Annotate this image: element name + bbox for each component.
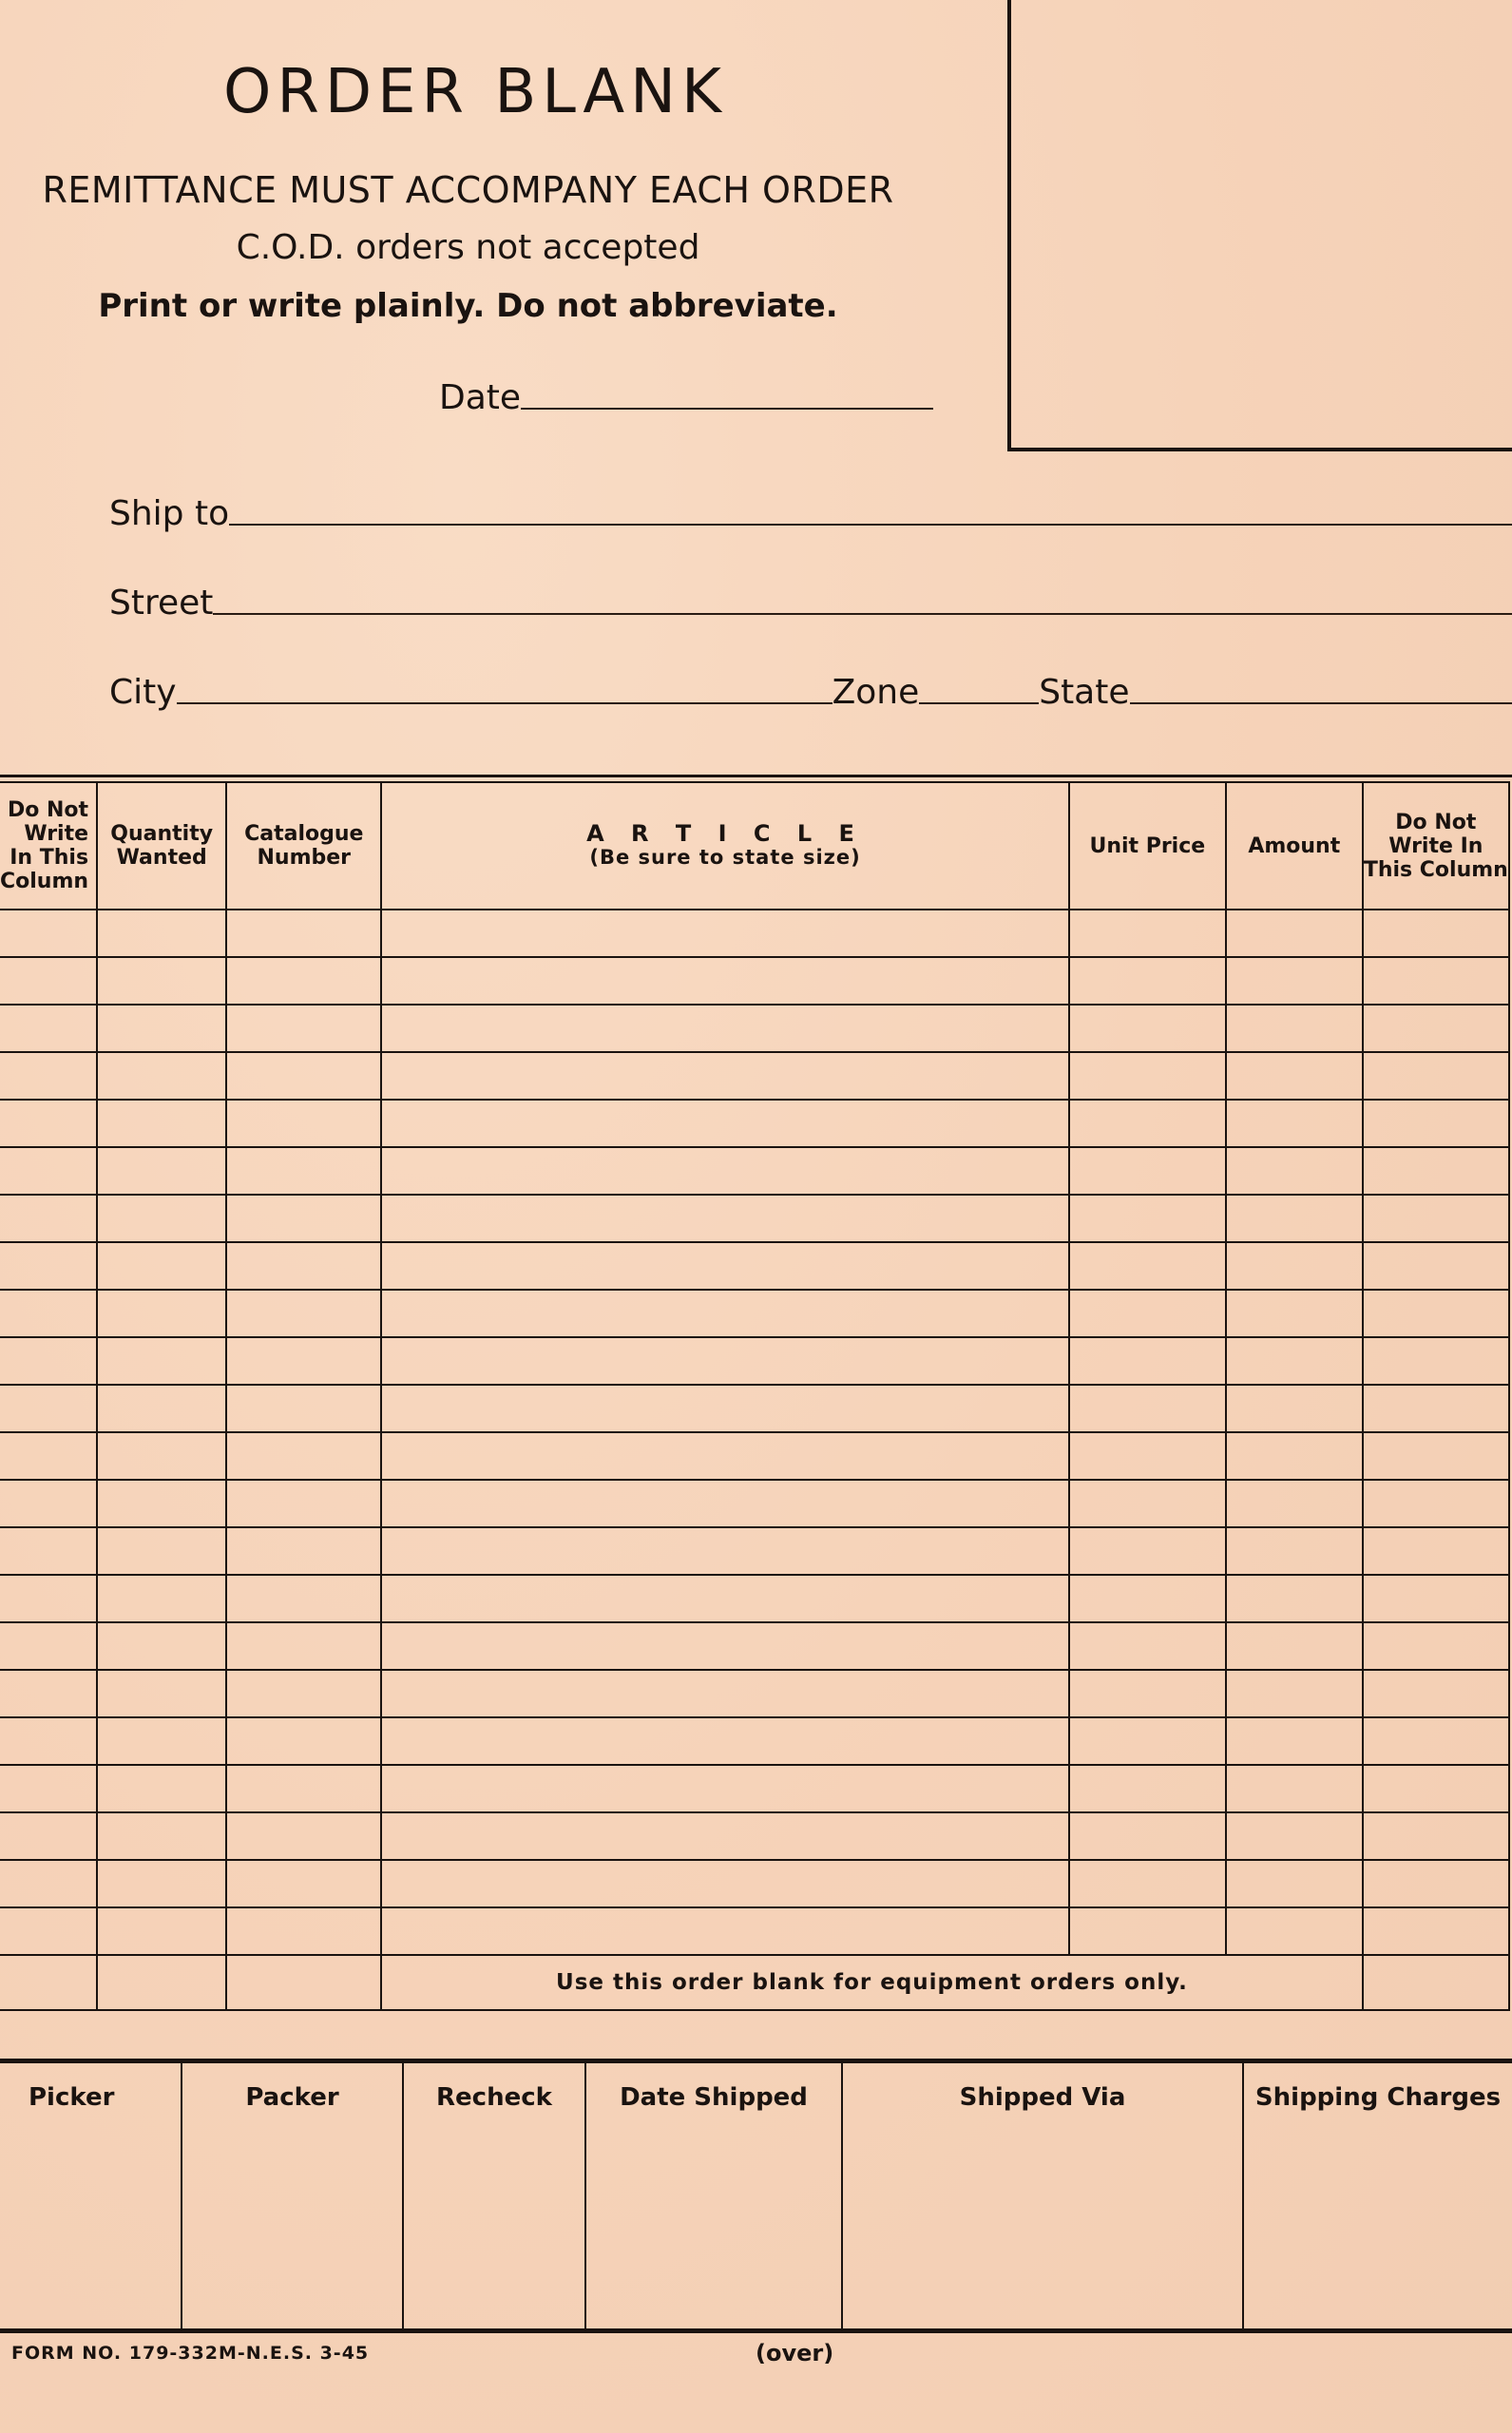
- amount-cell[interactable]: [1226, 1480, 1363, 1527]
- cod-notice: C.O.D. orders not accepted: [0, 228, 936, 267]
- office-use-right-cell: [1363, 1290, 1509, 1337]
- amount-cell[interactable]: [1226, 1005, 1363, 1052]
- office-use-left-cell: [0, 1432, 97, 1480]
- catalogue-number-cell[interactable]: [226, 1100, 381, 1147]
- table-row: [0, 1527, 1509, 1575]
- quantity-cell[interactable]: [97, 1812, 226, 1860]
- amount-cell[interactable]: [1226, 1765, 1363, 1812]
- catalogue-number-cell[interactable]: [226, 1385, 381, 1432]
- col-article: A R T I C L E (Be sure to state size): [381, 782, 1068, 910]
- page-title: ORDER BLANK: [0, 57, 950, 127]
- state-label: State: [1039, 673, 1129, 712]
- form-number: FORM NO. 179-332M-N.E.S. 3-45: [11, 2343, 369, 2364]
- office-use-left-cell: [0, 1860, 97, 1907]
- quantity-cell[interactable]: [97, 1860, 226, 1907]
- office-use-left-cell: [0, 1195, 97, 1242]
- office-use-right-cell: [1363, 1527, 1509, 1575]
- office-use-left-cell: [0, 1480, 97, 1527]
- office-use-left-cell: [0, 1527, 97, 1575]
- shipping-bottom-rule: [0, 2328, 1512, 2333]
- unit-price-cell[interactable]: [1069, 1290, 1226, 1337]
- remittance-notice: REMITTANCE MUST ACCOMPANY EACH ORDER: [0, 169, 936, 211]
- amount-cell[interactable]: [1226, 1385, 1363, 1432]
- amount-cell[interactable]: [1226, 1337, 1363, 1385]
- unit-price-cell[interactable]: [1069, 1432, 1226, 1480]
- unit-price-cell[interactable]: [1069, 1527, 1226, 1575]
- unit-price-cell[interactable]: [1069, 1480, 1226, 1527]
- office-use-left-cell: [0, 1005, 97, 1052]
- quantity-cell[interactable]: [97, 1717, 226, 1765]
- amount-cell[interactable]: [1226, 1432, 1363, 1480]
- over-note: (over): [756, 2340, 833, 2366]
- office-use-right-cell: [1363, 1432, 1509, 1480]
- unit-price-cell[interactable]: [1069, 1812, 1226, 1860]
- shipping-charges-label: Shipping Charges: [1255, 2083, 1501, 2112]
- date-field[interactable]: Date: [439, 378, 933, 417]
- quantity-cell[interactable]: [97, 1195, 226, 1242]
- col-quantity: Quantity Wanted: [97, 782, 226, 910]
- unit-price-cell[interactable]: [1069, 1717, 1226, 1765]
- table-row: [0, 957, 1509, 1005]
- amount-cell[interactable]: [1226, 1812, 1363, 1860]
- office-use-left-cell: [0, 1907, 97, 1955]
- quantity-cell[interactable]: [97, 1242, 226, 1290]
- article-cell[interactable]: [381, 1432, 1068, 1480]
- order-table-footer: Use this order blank for equipment order…: [0, 1955, 1509, 2010]
- order-table: Do Not Write In This Column Quantity Wan…: [0, 781, 1510, 2011]
- office-use-right-cell: [1363, 1147, 1509, 1195]
- office-use-right-cell: [1363, 1195, 1509, 1242]
- unit-price-cell[interactable]: [1069, 1100, 1226, 1147]
- office-use-right-cell: [1363, 1907, 1509, 1955]
- quantity-cell[interactable]: [97, 1432, 226, 1480]
- office-use-left-cell: [0, 1147, 97, 1195]
- catalogue-number-cell[interactable]: [226, 1860, 381, 1907]
- city-input-line[interactable]: [177, 702, 833, 704]
- office-use-left-cell: [0, 1717, 97, 1765]
- quantity-cell[interactable]: [97, 1385, 226, 1432]
- article-cell[interactable]: [381, 1527, 1068, 1575]
- unit-price-cell[interactable]: [1069, 957, 1226, 1005]
- catalogue-number-cell[interactable]: [226, 1337, 381, 1385]
- office-use-left-cell: [0, 1670, 97, 1717]
- unit-price-cell[interactable]: [1069, 1765, 1226, 1812]
- office-use-right-cell: [1363, 1385, 1509, 1432]
- order-table-header: Do Not Write In This Column Quantity Wan…: [0, 782, 1509, 910]
- amount-cell[interactable]: [1226, 1052, 1363, 1100]
- catalogue-number-cell[interactable]: [226, 1147, 381, 1195]
- quantity-cell[interactable]: [97, 1005, 226, 1052]
- office-use-right-cell: [1363, 1622, 1509, 1670]
- office-use-left-cell: [0, 1765, 97, 1812]
- article-cell[interactable]: [381, 1480, 1068, 1527]
- quantity-cell[interactable]: [97, 1337, 226, 1385]
- quantity-cell[interactable]: [97, 1147, 226, 1195]
- catalogue-number-cell[interactable]: [226, 1290, 381, 1337]
- street-input-line[interactable]: [213, 613, 1512, 615]
- article-cell[interactable]: [381, 1765, 1068, 1812]
- shipping-charges-cell[interactable]: Shipping Charges: [1242, 2062, 1512, 2328]
- table-row: [0, 1575, 1509, 1622]
- print-notice: Print or write plainly. Do not abbreviat…: [0, 287, 936, 325]
- amount-cell[interactable]: [1226, 1622, 1363, 1670]
- quantity-cell[interactable]: [97, 1575, 226, 1622]
- catalogue-number-cell[interactable]: [226, 1575, 381, 1622]
- office-use-left-cell: [0, 1052, 97, 1100]
- quantity-cell[interactable]: [97, 957, 226, 1005]
- office-use-right-cell: [1363, 1052, 1509, 1100]
- article-cell[interactable]: [381, 1242, 1068, 1290]
- office-use-right-cell: [1363, 1242, 1509, 1290]
- office-use-left-cell: [0, 910, 97, 957]
- office-use-right-cell: [1363, 1480, 1509, 1527]
- quantity-cell[interactable]: [97, 1907, 226, 1955]
- catalogue-number-cell[interactable]: [226, 1907, 381, 1955]
- cell: [226, 1955, 381, 2010]
- address-box: [1007, 0, 1512, 451]
- recheck-label: Recheck: [436, 2083, 552, 2112]
- col-office-use-left: Do Not Write In This Column: [0, 782, 97, 910]
- date-input-line[interactable]: [521, 408, 933, 410]
- zone-label: Zone: [833, 673, 920, 712]
- quantity-cell[interactable]: [97, 1290, 226, 1337]
- date-shipped-cell[interactable]: Date Shipped: [584, 2062, 841, 2328]
- picker-cell[interactable]: Picker: [0, 2062, 181, 2328]
- article-cell[interactable]: [381, 957, 1068, 1005]
- amount-cell[interactable]: [1226, 1147, 1363, 1195]
- table-row: [0, 1195, 1509, 1242]
- unit-price-cell[interactable]: [1069, 1385, 1226, 1432]
- packer-label: Packer: [245, 2083, 338, 2112]
- street-field[interactable]: Street: [109, 584, 1512, 623]
- ship-to-label: Ship to: [109, 494, 229, 533]
- table-row: [0, 1242, 1509, 1290]
- office-use-right-cell: [1363, 1717, 1509, 1765]
- shipping-section: Picker Packer Recheck Date Shipped Shipp…: [0, 2062, 1512, 2328]
- city-zone-state-row: City Zone State: [109, 673, 1512, 712]
- article-cell[interactable]: [381, 1622, 1068, 1670]
- amount-cell[interactable]: [1226, 1527, 1363, 1575]
- office-use-left-cell: [0, 1290, 97, 1337]
- date-shipped-label: Date Shipped: [620, 2083, 808, 2112]
- unit-price-cell[interactable]: [1069, 1575, 1226, 1622]
- table-row: [0, 1432, 1509, 1480]
- amount-cell[interactable]: [1226, 1290, 1363, 1337]
- article-cell[interactable]: [381, 1907, 1068, 1955]
- equipment-only-note: Use this order blank for equipment order…: [381, 1955, 1362, 2010]
- table-row: [0, 1337, 1509, 1385]
- amount-cell[interactable]: [1226, 1100, 1363, 1147]
- unit-price-cell[interactable]: [1069, 1670, 1226, 1717]
- amount-cell[interactable]: [1226, 1242, 1363, 1290]
- date-label: Date: [439, 378, 521, 417]
- catalogue-number-cell[interactable]: [226, 1005, 381, 1052]
- table-row: [0, 1907, 1509, 1955]
- quantity-cell[interactable]: [97, 1480, 226, 1527]
- amount-cell[interactable]: [1226, 957, 1363, 1005]
- catalogue-number-cell[interactable]: [226, 957, 381, 1005]
- office-use-left-cell: [0, 1385, 97, 1432]
- office-use-right-cell: [1363, 1670, 1509, 1717]
- catalogue-number-cell[interactable]: [226, 1242, 381, 1290]
- catalogue-number-cell[interactable]: [226, 1432, 381, 1480]
- cell: [1363, 1955, 1509, 2010]
- picker-label: Picker: [29, 2083, 114, 2112]
- unit-price-cell[interactable]: [1069, 1907, 1226, 1955]
- article-cell[interactable]: [381, 1005, 1068, 1052]
- table-row: [0, 1290, 1509, 1337]
- table-row: [0, 1147, 1509, 1195]
- office-use-left-cell: [0, 957, 97, 1005]
- quantity-cell[interactable]: [97, 910, 226, 957]
- article-cell[interactable]: [381, 1717, 1068, 1765]
- catalogue-number-cell[interactable]: [226, 1717, 381, 1765]
- table-row: [0, 910, 1509, 957]
- office-use-right-cell: [1363, 1575, 1509, 1622]
- amount-cell[interactable]: [1226, 1860, 1363, 1907]
- office-use-left-cell: [0, 1100, 97, 1147]
- quantity-cell[interactable]: [97, 1052, 226, 1100]
- amount-cell[interactable]: [1226, 1195, 1363, 1242]
- unit-price-cell[interactable]: [1069, 1622, 1226, 1670]
- amount-cell[interactable]: [1226, 910, 1363, 957]
- cell: [97, 1955, 226, 2010]
- office-use-left-cell: [0, 1622, 97, 1670]
- quantity-cell[interactable]: [97, 1670, 226, 1717]
- article-cell[interactable]: [381, 1385, 1068, 1432]
- catalogue-number-cell[interactable]: [226, 1765, 381, 1812]
- shipped-via-label: Shipped Via: [960, 2083, 1126, 2112]
- zone-input-line[interactable]: [919, 702, 1039, 704]
- table-row: [0, 1765, 1509, 1812]
- quantity-cell[interactable]: [97, 1527, 226, 1575]
- article-cell[interactable]: [381, 1575, 1068, 1622]
- col-amount: Amount: [1226, 782, 1363, 910]
- unit-price-cell[interactable]: [1069, 1147, 1226, 1195]
- table-top-rule: [0, 775, 1512, 777]
- office-use-right-cell: [1363, 1337, 1509, 1385]
- catalogue-number-cell[interactable]: [226, 1670, 381, 1717]
- state-input-line[interactable]: [1130, 702, 1512, 704]
- office-use-right-cell: [1363, 1812, 1509, 1860]
- table-row: [0, 1860, 1509, 1907]
- office-use-right-cell: [1363, 1005, 1509, 1052]
- unit-price-cell[interactable]: [1069, 1337, 1226, 1385]
- article-cell[interactable]: [381, 1670, 1068, 1717]
- table-row: [0, 1385, 1509, 1432]
- catalogue-number-cell[interactable]: [226, 1195, 381, 1242]
- catalogue-number-cell[interactable]: [226, 1622, 381, 1670]
- catalogue-number-cell[interactable]: [226, 1527, 381, 1575]
- street-label: Street: [109, 584, 213, 623]
- unit-price-cell[interactable]: [1069, 1005, 1226, 1052]
- col-office-use-right: Do Not Write In This Column: [1363, 782, 1509, 910]
- col-catalogue-number: Catalogue Number: [226, 782, 381, 910]
- amount-cell[interactable]: [1226, 1575, 1363, 1622]
- article-cell[interactable]: [381, 1100, 1068, 1147]
- unit-price-cell[interactable]: [1069, 1860, 1226, 1907]
- office-use-right-cell: [1363, 957, 1509, 1005]
- col-unit-price: Unit Price: [1069, 782, 1226, 910]
- table-row: [0, 1812, 1509, 1860]
- article-cell[interactable]: [381, 1812, 1068, 1860]
- office-use-left-cell: [0, 1337, 97, 1385]
- article-sublabel: (Be sure to state size): [382, 846, 1067, 870]
- recheck-cell[interactable]: Recheck: [402, 2062, 584, 2328]
- office-use-left-cell: [0, 1812, 97, 1860]
- article-cell[interactable]: [381, 1290, 1068, 1337]
- article-cell[interactable]: [381, 910, 1068, 957]
- article-cell[interactable]: [381, 1195, 1068, 1242]
- shipped-via-cell[interactable]: Shipped Via: [841, 2062, 1242, 2328]
- table-row: [0, 1717, 1509, 1765]
- ship-to-field[interactable]: Ship to: [109, 494, 1512, 533]
- catalogue-number-cell[interactable]: [226, 1480, 381, 1527]
- quantity-cell[interactable]: [97, 1100, 226, 1147]
- office-use-right-cell: [1363, 1860, 1509, 1907]
- quantity-cell[interactable]: [97, 1765, 226, 1812]
- catalogue-number-cell[interactable]: [226, 910, 381, 957]
- office-use-right-cell: [1363, 910, 1509, 957]
- catalogue-number-cell[interactable]: [226, 1052, 381, 1100]
- office-use-left-cell: [0, 1575, 97, 1622]
- cell: [0, 1955, 97, 2010]
- table-row: [0, 1052, 1509, 1100]
- catalogue-number-cell[interactable]: [226, 1812, 381, 1860]
- table-row: [0, 1622, 1509, 1670]
- office-use-right-cell: [1363, 1765, 1509, 1812]
- table-row: [0, 1670, 1509, 1717]
- office-use-left-cell: [0, 1242, 97, 1290]
- amount-cell[interactable]: [1226, 1670, 1363, 1717]
- table-row: [0, 1100, 1509, 1147]
- article-cell[interactable]: [381, 1147, 1068, 1195]
- city-label: City: [109, 673, 177, 712]
- article-cell[interactable]: [381, 1860, 1068, 1907]
- article-cell[interactable]: [381, 1052, 1068, 1100]
- quantity-cell[interactable]: [97, 1622, 226, 1670]
- unit-price-cell[interactable]: [1069, 910, 1226, 957]
- unit-price-cell[interactable]: [1069, 1242, 1226, 1290]
- table-row: [0, 1005, 1509, 1052]
- packer-cell[interactable]: Packer: [181, 2062, 402, 2328]
- unit-price-cell[interactable]: [1069, 1195, 1226, 1242]
- unit-price-cell[interactable]: [1069, 1052, 1226, 1100]
- amount-cell[interactable]: [1226, 1907, 1363, 1955]
- amount-cell[interactable]: [1226, 1717, 1363, 1765]
- article-label: A R T I C L E: [382, 822, 1067, 846]
- ship-to-input-line[interactable]: [229, 524, 1512, 526]
- office-use-right-cell: [1363, 1100, 1509, 1147]
- table-row: [0, 1480, 1509, 1527]
- article-cell[interactable]: [381, 1337, 1068, 1385]
